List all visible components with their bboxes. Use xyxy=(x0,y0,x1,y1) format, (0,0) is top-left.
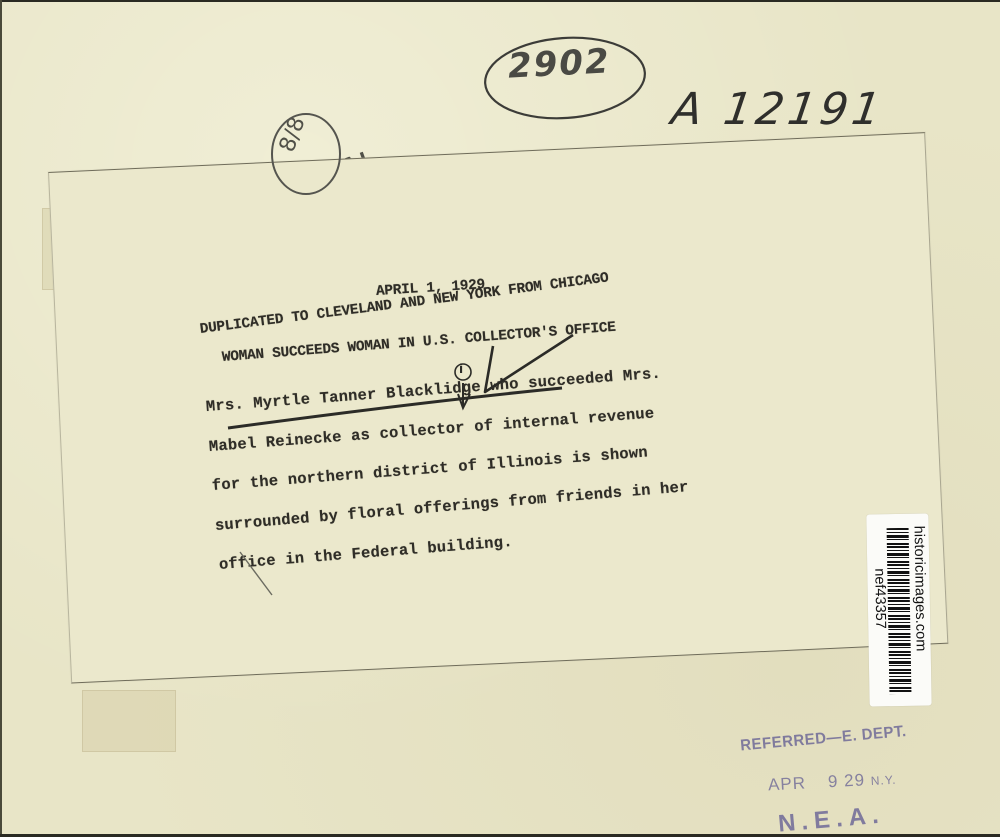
photo-back-paper: 2902 A 12191 8/8 N APRIL 1, 1929 DUPLICA… xyxy=(0,0,1000,837)
handwritten-circled-number: 2902 xyxy=(507,41,612,86)
handwritten-circled-code: 8/8 xyxy=(275,114,311,156)
left-edge xyxy=(0,0,2,837)
stamp-agency: N.E.A. xyxy=(777,801,886,837)
stamp-referred: REFERRED—E. DEPT. xyxy=(740,722,908,754)
tape-bottom-left xyxy=(82,690,176,752)
barcode-id: nef43357 xyxy=(871,568,888,629)
stamp-suffix: N.Y. xyxy=(870,773,896,788)
stamp-month: APR xyxy=(768,773,807,794)
barcode-site: historicimages.com xyxy=(911,526,929,652)
barcode-label: historicimages.com nef43357 xyxy=(866,513,931,706)
barcode-icon xyxy=(887,528,912,694)
stamp-date: APR9 29 N.Y. xyxy=(768,769,897,796)
caption-sheet xyxy=(48,132,948,683)
editor-mark: i xyxy=(459,362,463,376)
stamp-day-year: 9 29 xyxy=(827,770,865,791)
top-edge xyxy=(0,0,1000,2)
handwritten-archive-number: A 12191 xyxy=(668,84,887,135)
